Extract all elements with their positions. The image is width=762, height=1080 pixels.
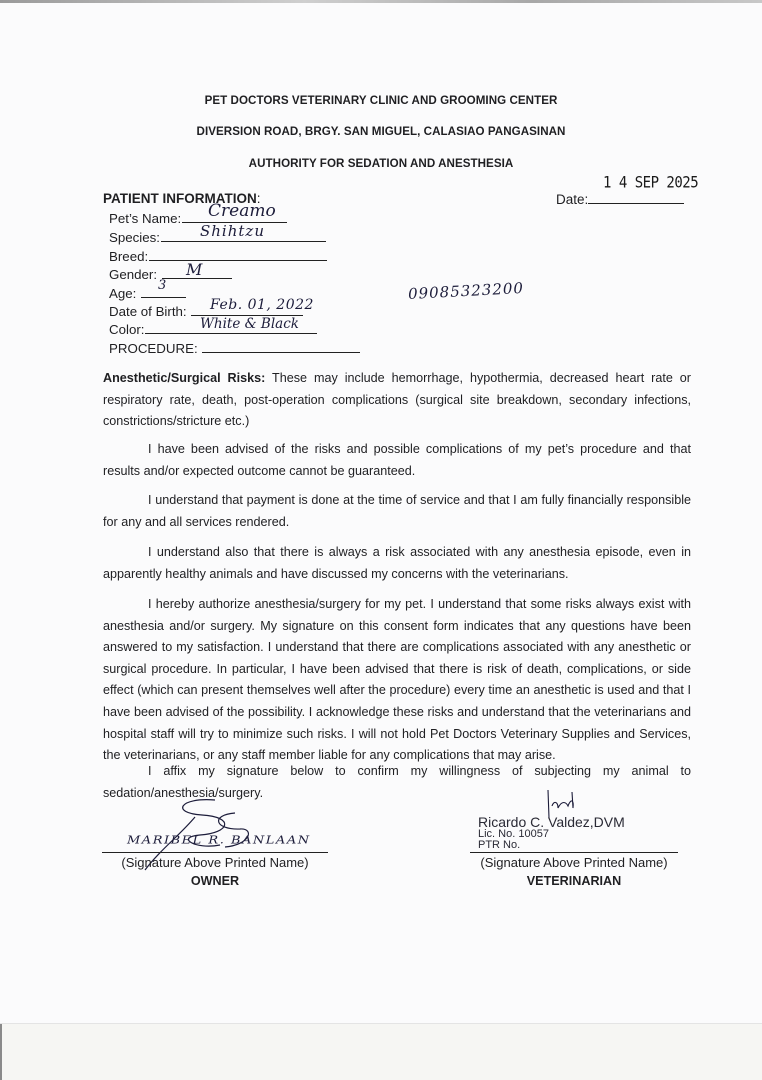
owner-signature-caption: (Signature Above Printed Name): [102, 855, 328, 870]
color-value: White & Black: [200, 316, 299, 332]
vet-signature-caption: (Signature Above Printed Name): [470, 855, 678, 870]
clinic-name: PET DOCTORS VETERINARY CLINIC AND GROOMI…: [0, 94, 762, 107]
risks-paragraph: Anesthetic/Surgical Risks: These may inc…: [103, 368, 691, 433]
authorization-paragraph: I hereby authorize anesthesia/surgery fo…: [103, 594, 691, 767]
age-value: 3: [158, 278, 166, 293]
risk-awareness-paragraph: I understand also that there is always a…: [103, 542, 691, 585]
advised-paragraph: I have been advised of the risks and pos…: [103, 439, 691, 482]
clinic-address: DIVERSION ROAD, BRGY. SAN MIGUEL, CALASI…: [0, 125, 762, 138]
procedure-field: PROCEDURE:: [109, 338, 360, 356]
form-title: AUTHORITY FOR SEDATION AND ANESTHESIA: [0, 157, 762, 170]
owner-signature-line: [102, 852, 328, 853]
date-line: [588, 189, 684, 204]
gender-value: M: [186, 260, 202, 279]
pet-name-value: Creamo: [208, 201, 276, 221]
scan-top-edge: [0, 0, 762, 3]
vet-role-label: VETERINARIAN: [470, 874, 678, 888]
gender-field: Gender:: [109, 264, 232, 282]
contact-number: 09085323200: [408, 279, 525, 303]
risks-heading: Anesthetic/Surgical Risks:: [103, 371, 265, 385]
owner-signature-block: (Signature Above Printed Name) OWNER: [102, 852, 328, 888]
payment-paragraph: I understand that payment is done at the…: [103, 490, 691, 533]
vet-ptr-number: PTR No.: [478, 840, 520, 851]
vet-signature-block: (Signature Above Printed Name) VETERINAR…: [470, 852, 678, 888]
date-of-birth-value: Feb. 01, 2022: [210, 297, 314, 313]
scan-bottom-band: [0, 1023, 762, 1080]
breed-field: Breed:: [109, 246, 327, 264]
owner-printed-name: MARIBEL R. BANLAAN: [127, 834, 311, 847]
owner-role-label: OWNER: [102, 874, 328, 888]
species-value: Shihtzu: [200, 222, 265, 240]
vet-signature-line: [470, 852, 678, 853]
date-label: Date:: [556, 192, 588, 207]
age-field: Age:: [109, 283, 186, 301]
date-field: Date:: [556, 189, 684, 207]
